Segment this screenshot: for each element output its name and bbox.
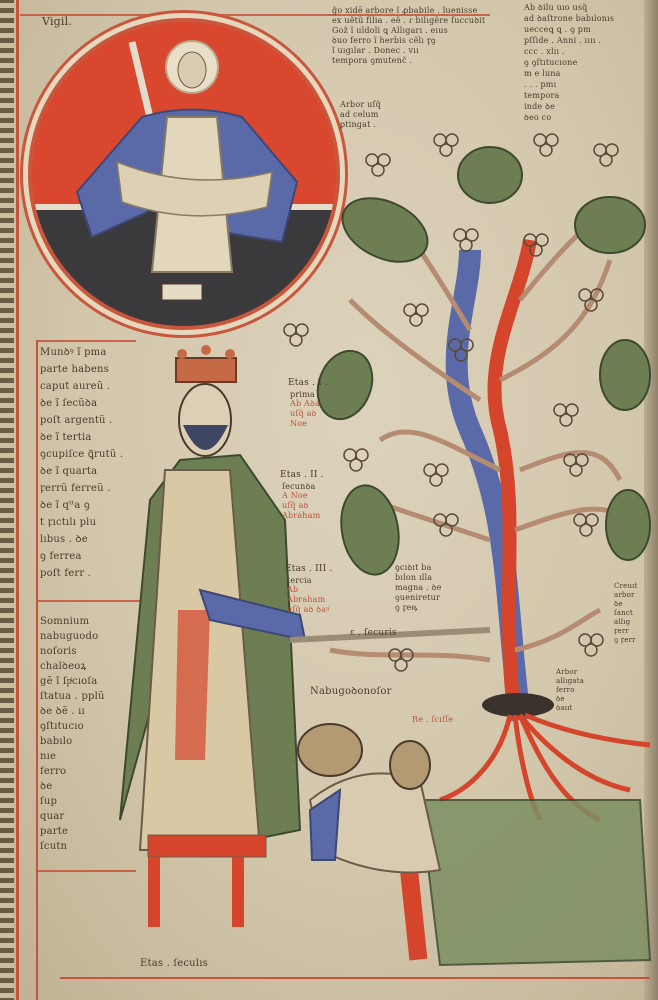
sleeping-king-figure-icon [0, 0, 658, 1000]
bottom-caption: Etas . ſeculıs [140, 958, 208, 969]
manuscript-page: Vigil. g̃o xidē arbore ĩ ꝓbabile . ĩueni… [0, 0, 658, 1000]
